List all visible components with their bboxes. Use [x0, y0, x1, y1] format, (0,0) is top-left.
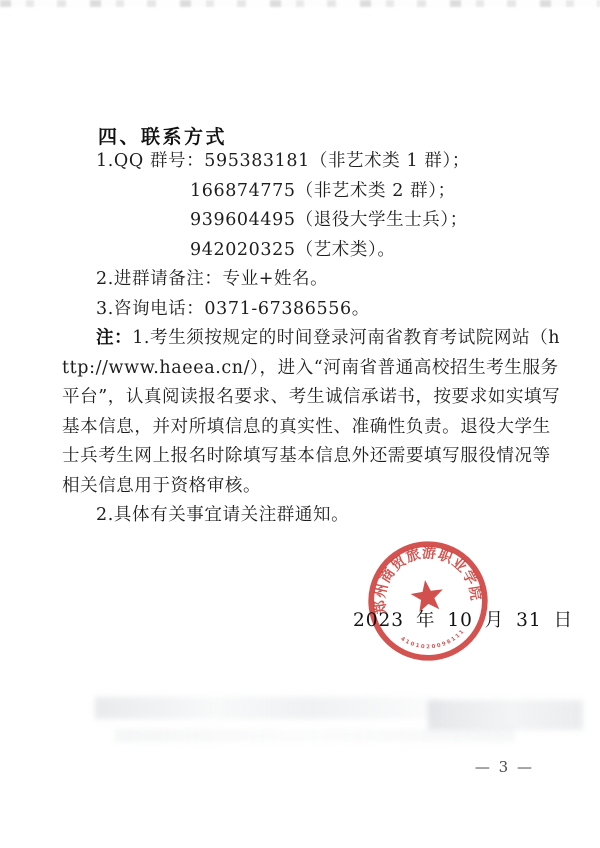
- text-line-group-remark: 2.进群请备注：专业+姓名。: [62, 265, 544, 295]
- body-text: 1.QQ 群号：595383181（非艺术类 1 群）； 166874775（非…: [62, 147, 544, 531]
- text-line-qq-group-2: 166874775（非艺术类 2 群）；: [62, 177, 544, 207]
- scan-artifact: [115, 729, 515, 742]
- section-heading: 四、联系方式: [98, 122, 227, 149]
- page-number: — 3 —: [475, 758, 534, 776]
- note-label: 注：: [96, 328, 132, 348]
- text-line-note-6: 相关信息用于资格审核。: [62, 472, 544, 502]
- scan-artifact: [428, 700, 583, 730]
- text-line-note-3: 平台”，认真阅读报名要求、考生诚信承诺书，按要求如实填写: [62, 383, 544, 413]
- text-line-note-1: 注：1.考生须按规定的时间登录河南省教育考试院网站（h: [62, 324, 544, 354]
- text-line-phone: 3.咨询电话：0371-67386556。: [62, 295, 544, 325]
- text-line-note-2: ttp://www.haeea.cn/），进入“河南省普通高校招生考生服务: [62, 354, 544, 384]
- text-line-qq-label: 1.QQ 群号：595383181（非艺术类 1 群）；: [62, 147, 544, 177]
- scan-artifact: [95, 697, 440, 719]
- official-seal: 郑州商贸旅游职业学院 4101020098111: [358, 531, 498, 671]
- document-page: { "doc": { "heading": "四、联系方式", "lines":…: [0, 0, 600, 848]
- text-line-qq-group-4: 942020325（艺术类）。: [62, 236, 544, 266]
- note-text: 1.考生须按规定的时间登录河南省教育考试院网站（h: [132, 328, 560, 348]
- text-line-note-7: 2.具体有关事宜请关注群通知。: [62, 501, 544, 531]
- text-line-note-4: 基本信息，并对所填信息的真实性、准确性负责。退役大学生: [62, 413, 544, 443]
- scan-edge-noise: [0, 0, 600, 7]
- text-line-note-5: 士兵考生网上报名时除填写基本信息外还需要填写服役情况等: [62, 442, 544, 472]
- star-icon: [409, 578, 445, 613]
- text-line-qq-group-3: 939604495（退役大学生士兵）；: [62, 206, 544, 236]
